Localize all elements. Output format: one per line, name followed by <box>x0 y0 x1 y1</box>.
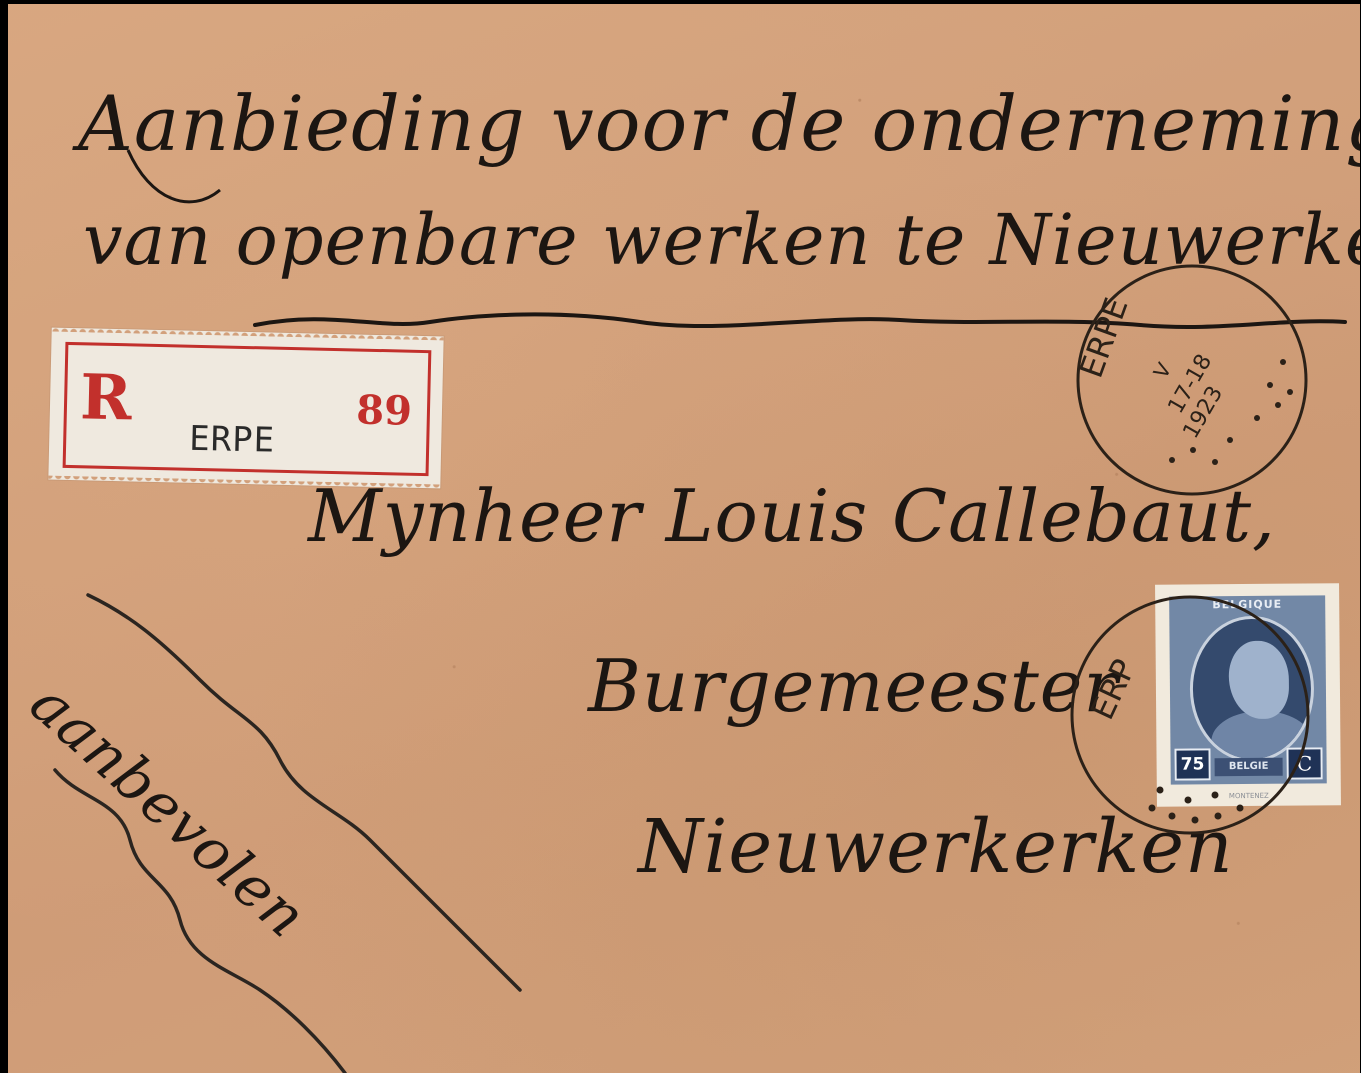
stamp-design: BELGIQUE 75 BELGIE C <box>1169 595 1327 784</box>
header-note-line-2: van openbare werken te Nieuwerkerke <box>83 199 1360 281</box>
stamp-unit: C <box>1286 747 1322 779</box>
registration-letter: R <box>79 360 132 434</box>
stamp-country-bottom: BELGIE <box>1215 758 1283 777</box>
addressee-title: Burgemeester <box>588 644 1119 728</box>
registration-number: 89 <box>356 387 413 435</box>
postage-stamp: BELGIQUE 75 BELGIE C MONTENEZ <box>1155 583 1341 807</box>
registration-label: R ERPE 89 <box>48 328 443 489</box>
registered-annotation: aanbevolen <box>17 669 320 951</box>
addressee-name: Mynheer Louis Callebaut, <box>308 474 1276 558</box>
stamp-portrait-head <box>1229 641 1290 720</box>
stamp-value: 75 <box>1174 748 1210 780</box>
header-note-line-1: Aanbieding voor de onderneming <box>78 79 1360 168</box>
stamp-portrait <box>1189 615 1314 762</box>
envelope: Aanbieding voor de onderneming van openb… <box>8 4 1360 1073</box>
stamp-country-top: BELGIQUE <box>1169 597 1325 611</box>
addressee-city: Nieuwerkerken <box>638 804 1234 890</box>
registration-office: ERPE <box>189 419 276 461</box>
stamp-printer: MONTENEZ <box>1157 791 1341 801</box>
